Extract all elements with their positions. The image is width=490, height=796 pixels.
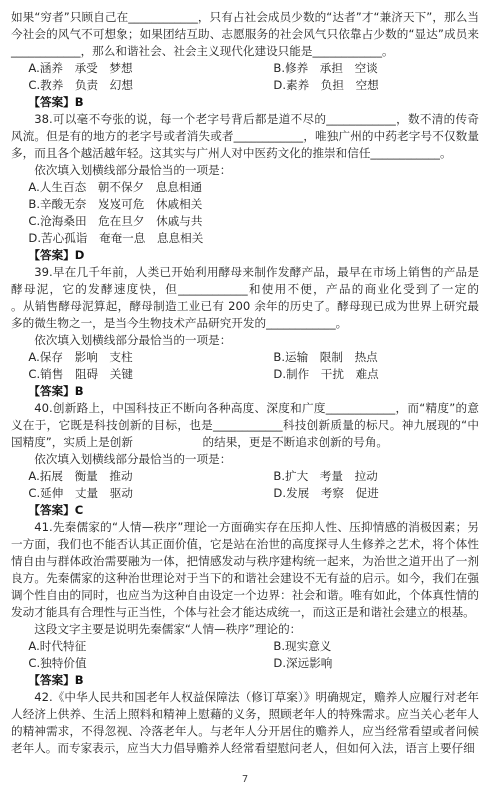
answer-value: B	[75, 384, 84, 398]
question-39-stem: 39.早在几千年前，人类已开始利用酵母来制作发酵产品，最早在市场上销售的产品是酵…	[11, 264, 479, 332]
answer-label: 【答案】	[28, 248, 74, 262]
exam-page: 如果“穷者”只顾自己在____________，只有占社会成员少数的“达者”才“…	[0, 0, 490, 757]
question-39-answer: 【答案】B	[11, 383, 479, 400]
question-38-options: A.人生百态 朝不保夕 息息相通 B.辛酸无奈 岌岌可危 休戚相关 C.沧海桑田…	[11, 179, 479, 247]
question-41-stem: 41.先秦儒家的“人情—秩序”理论一方面确实存在压抑人性、压抑情感的消极因素；另…	[11, 519, 479, 621]
question-37-option-d: D.素养 负担 空想	[273, 77, 479, 94]
question-37-option-a: A.涵养 承受 梦想	[28, 60, 273, 77]
question-37-stem: 如果“穷者”只顾自己在____________，只有占社会成员少数的“达者”才“…	[11, 9, 479, 60]
question-40-stem: 40.创新路上，中国科技正不断向各种高度、深度和广度____________，而…	[11, 400, 479, 451]
question-40-option-b: B.扩大 考量 拉动	[273, 468, 479, 485]
question-41-option-a: A.时代特征	[28, 638, 273, 655]
question-38-option-b: B.辛酸无奈 岌岌可危 休戚相关	[28, 196, 479, 213]
question-40-option-c: C.延伸 丈量 驱动	[28, 485, 273, 502]
question-40-option-a: A.拓展 衡量 推动	[28, 468, 273, 485]
question-41-option-b: B.现实意义	[273, 638, 479, 655]
answer-label: 【答案】	[28, 503, 74, 517]
question-37-options: A.涵养 承受 梦想 B.修养 承担 空谈 C.教养 负责 幻想 D.素养 负担…	[11, 60, 479, 94]
question-42-stem: 42.《中华人民共和国老年人权益保障法（修订草案）》明确规定，赡养人应履行对老年…	[11, 689, 479, 757]
answer-label: 【答案】	[28, 95, 74, 109]
question-39-options: A.保存 影响 支柱 B.运输 限制 热点 C.销售 阻碍 关键 D.制作 干扰…	[11, 349, 479, 383]
question-39-option-d: D.制作 干扰 难点	[273, 366, 479, 383]
question-41-option-d: D.深远影响	[273, 655, 479, 672]
question-38-option-d: D.苦心孤诣 奄奄一息 息息相关	[28, 230, 479, 247]
answer-label: 【答案】	[28, 673, 74, 687]
question-39-option-c: C.销售 阻碍 关键	[28, 366, 273, 383]
question-40-answer: 【答案】C	[11, 502, 479, 519]
question-41-option-c: C.独特价值	[28, 655, 273, 672]
question-41-prompt: 这段文字主要是说明先秦儒家“人情—秩序”理论的：	[11, 621, 479, 638]
answer-value: C	[75, 503, 84, 517]
answer-value: B	[75, 95, 84, 109]
question-40-prompt: 依次填入划横线部分最恰当的一项是：	[11, 451, 479, 468]
answer-value: B	[75, 673, 84, 687]
question-39-option-b: B.运输 限制 热点	[273, 349, 479, 366]
question-37-answer: 【答案】B	[11, 94, 479, 111]
question-40-option-d: D.发展 考察 促进	[273, 485, 479, 502]
question-38-stem: 38.可以毫不夸张的说，每一个老字号背后都是道不尽的____________，数…	[11, 111, 479, 162]
answer-label: 【答案】	[28, 384, 74, 398]
question-39-prompt: 依次填入划横线部分最恰当的一项是：	[11, 332, 479, 349]
question-37-option-b: B.修养 承担 空谈	[273, 60, 479, 77]
question-40-options: A.拓展 衡量 推动 B.扩大 考量 拉动 C.延伸 丈量 驱动 D.发展 考察…	[11, 468, 479, 502]
question-41-options: A.时代特征 B.现实意义 C.独特价值 D.深远影响	[11, 638, 479, 672]
question-38-prompt: 依次填入划横线部分最恰当的一项是：	[11, 162, 479, 179]
page-number: 7	[0, 771, 490, 788]
question-38-answer: 【答案】D	[11, 247, 479, 264]
question-39-option-a: A.保存 影响 支柱	[28, 349, 273, 366]
question-37-option-c: C.教养 负责 幻想	[28, 77, 273, 94]
answer-value: D	[75, 248, 85, 262]
question-38-option-c: C.沧海桑田 危在旦夕 休戚与共	[28, 213, 479, 230]
question-38-option-a: A.人生百态 朝不保夕 息息相通	[28, 179, 479, 196]
question-41-answer: 【答案】B	[11, 672, 479, 689]
